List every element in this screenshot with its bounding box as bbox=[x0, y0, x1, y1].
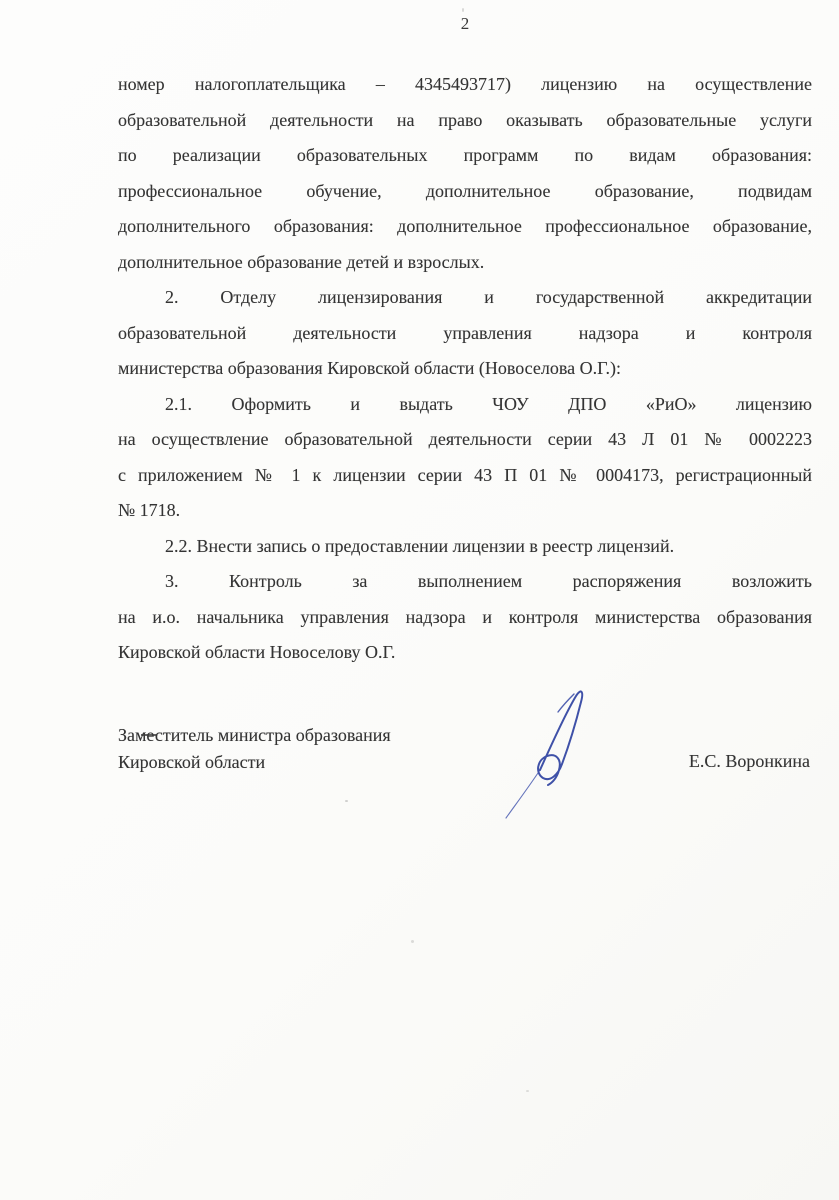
text-line: 3. Контроль за выполнением распоряжения … bbox=[118, 564, 812, 600]
signatory-name: Е.С. Воронкина bbox=[689, 751, 810, 772]
paragraph: номер налогоплательщика – 4345493717) ли… bbox=[118, 67, 812, 280]
pen-strike-mark bbox=[141, 734, 157, 736]
text-line: профессиональное обучение, дополнительно… bbox=[118, 174, 812, 210]
paragraph: 2.1. Оформить и выдать ЧОУ ДПО «РиО» лиц… bbox=[118, 387, 812, 529]
text-line: по реализации образовательных программ п… bbox=[118, 138, 812, 174]
scanned-document-page: 2 номер налогоплательщика – 4345493717) … bbox=[0, 0, 839, 1200]
document-body: номер налогоплательщика – 4345493717) ли… bbox=[118, 67, 812, 671]
scan-speck bbox=[345, 800, 348, 802]
text-line: на осуществление образовательной деятель… bbox=[118, 422, 812, 458]
paragraph: 2. Отделу лицензирования и государственн… bbox=[118, 280, 812, 387]
text-line: 2.2. Внести запись о предоставлении лице… bbox=[118, 529, 812, 565]
signatory-title-line-2: Кировской области bbox=[118, 749, 538, 776]
page-number: 2 bbox=[118, 14, 812, 34]
text-line: образовательной деятельности управления … bbox=[118, 316, 812, 352]
text-line: Кировской области Новоселову О.Г. bbox=[118, 635, 812, 671]
text-line: образовательной деятельности на право ок… bbox=[118, 103, 812, 139]
text-line: дополнительного образования: дополнитель… bbox=[118, 209, 812, 245]
signatory-title: Заместитель министра образования Кировск… bbox=[118, 722, 538, 776]
text-line: номер налогоплательщика – 4345493717) ли… bbox=[118, 67, 812, 103]
scan-speck bbox=[411, 940, 414, 943]
text-line: 2.1. Оформить и выдать ЧОУ ДПО «РиО» лиц… bbox=[118, 387, 812, 423]
handwritten-signature bbox=[498, 682, 598, 822]
text-line: министерства образования Кировской облас… bbox=[118, 351, 812, 387]
text-line: на и.о. начальника управления надзора и … bbox=[118, 600, 812, 636]
text-line: дополнительное образование детей и взрос… bbox=[118, 245, 812, 281]
text-line: № 1718. bbox=[118, 493, 812, 529]
scan-speck bbox=[462, 8, 464, 12]
text-line: с приложением № 1 к лицензии серии 43 П … bbox=[118, 458, 812, 494]
signatory-title-line-1: Заместитель министра образования bbox=[118, 722, 538, 749]
paragraph: 2.2. Внести запись о предоставлении лице… bbox=[118, 529, 812, 565]
paragraph: 3. Контроль за выполнением распоряжения … bbox=[118, 564, 812, 671]
scan-speck bbox=[526, 1090, 529, 1092]
text-line: 2. Отделу лицензирования и государственн… bbox=[118, 280, 812, 316]
